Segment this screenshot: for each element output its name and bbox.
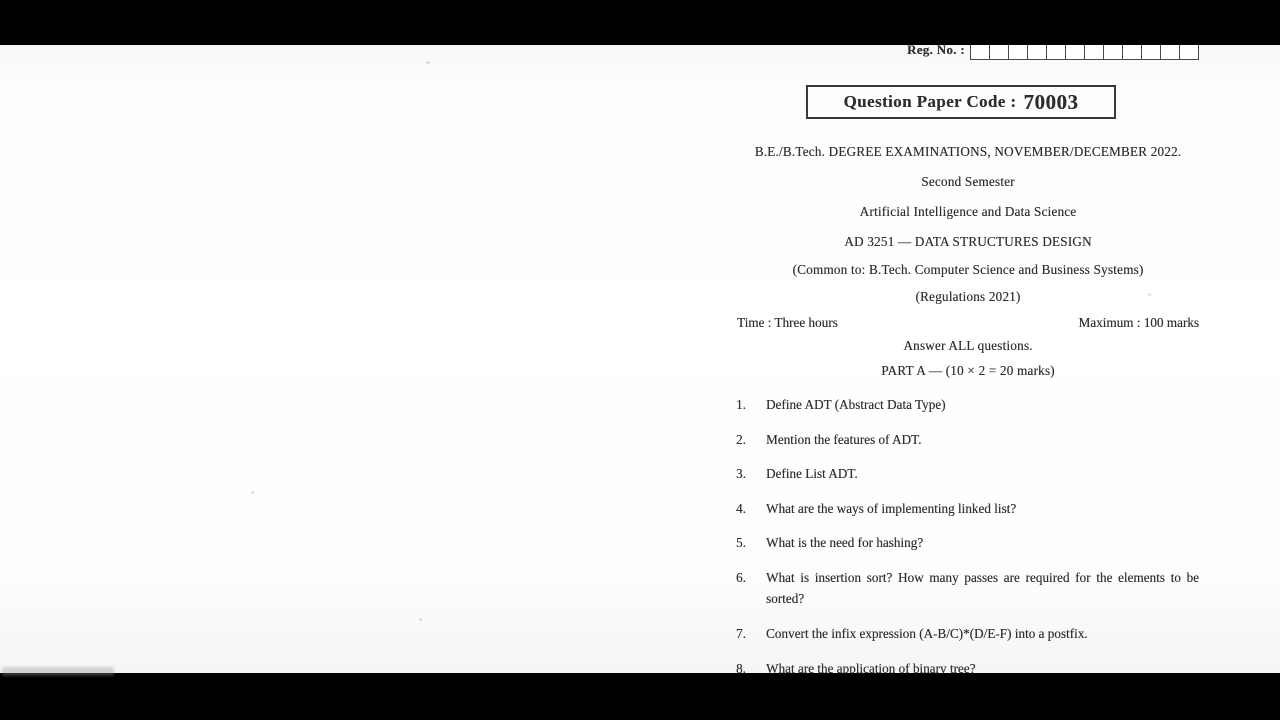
faint-watermark (2, 667, 114, 676)
letterbox-bar-top (0, 0, 1280, 45)
video-frame: { "colors": { "bar": "#000000", "paper":… (0, 0, 1280, 720)
course-code-title: AD 3251 — DATA STRUCTURES DESIGN (737, 234, 1199, 250)
question-text: What is insertion sort? How many passes … (766, 567, 1199, 609)
answer-all-line: Answer ALL questions. (737, 338, 1199, 354)
maximum-marks: Maximum : 100 marks (1078, 315, 1199, 331)
question-item: 7. Convert the infix expression (A-B/C)*… (736, 623, 1199, 644)
question-paper-code-label: Question Paper Code : (844, 92, 1017, 112)
question-text: Convert the infix expression (A-B/C)*(D/… (766, 623, 1199, 644)
question-item: 5. What is the need for hashing? (736, 532, 1199, 553)
scan-speck (251, 491, 254, 494)
part-a-heading: PART A — (10 × 2 = 20 marks) (737, 363, 1199, 379)
question-number: 4. (736, 498, 758, 519)
question-item: 4. What are the ways of implementing lin… (736, 498, 1199, 519)
question-item: 3. Define List ADT. (736, 463, 1199, 484)
question-text: Define List ADT. (766, 463, 1199, 484)
question-paper-code-value: 70003 (1023, 90, 1078, 115)
question-text: Mention the features of ADT. (766, 429, 1199, 450)
time-marks-row: Time : Three hours Maximum : 100 marks (737, 315, 1199, 331)
question-number: 2. (736, 429, 758, 450)
question-number: 6. (736, 567, 758, 588)
question-number: 5. (736, 532, 758, 553)
time-allowed: Time : Three hours (737, 315, 838, 331)
question-item: 2. Mention the features of ADT. (736, 429, 1199, 450)
degree-exam-title: B.E./B.Tech. DEGREE EXAMINATIONS, NOVEMB… (737, 144, 1199, 160)
letterbox-bar-bottom (0, 673, 1280, 720)
question-text: Define ADT (Abstract Data Type) (766, 394, 1199, 415)
question-item: 1. Define ADT (Abstract Data Type) (736, 394, 1199, 415)
question-number: 7. (736, 623, 758, 644)
question-item: 6. What is insertion sort? How many pass… (736, 567, 1199, 609)
question-text: What are the ways of implementing linked… (766, 498, 1199, 519)
scan-stray-mark: ” (426, 60, 430, 70)
regulations-line: (Regulations 2021) (737, 289, 1199, 305)
semester-line: Second Semester (737, 174, 1199, 190)
scan-speck (419, 618, 422, 621)
question-number: 1. (736, 394, 758, 415)
question-paper-code-box: Question Paper Code : 70003 (806, 85, 1116, 119)
scan-speck (1148, 293, 1151, 296)
programme-line: Artificial Intelligence and Data Science (737, 204, 1199, 220)
question-text: What is the need for hashing? (766, 532, 1199, 553)
question-number: 3. (736, 463, 758, 484)
common-to-line: (Common to: B.Tech. Computer Science and… (737, 262, 1199, 278)
